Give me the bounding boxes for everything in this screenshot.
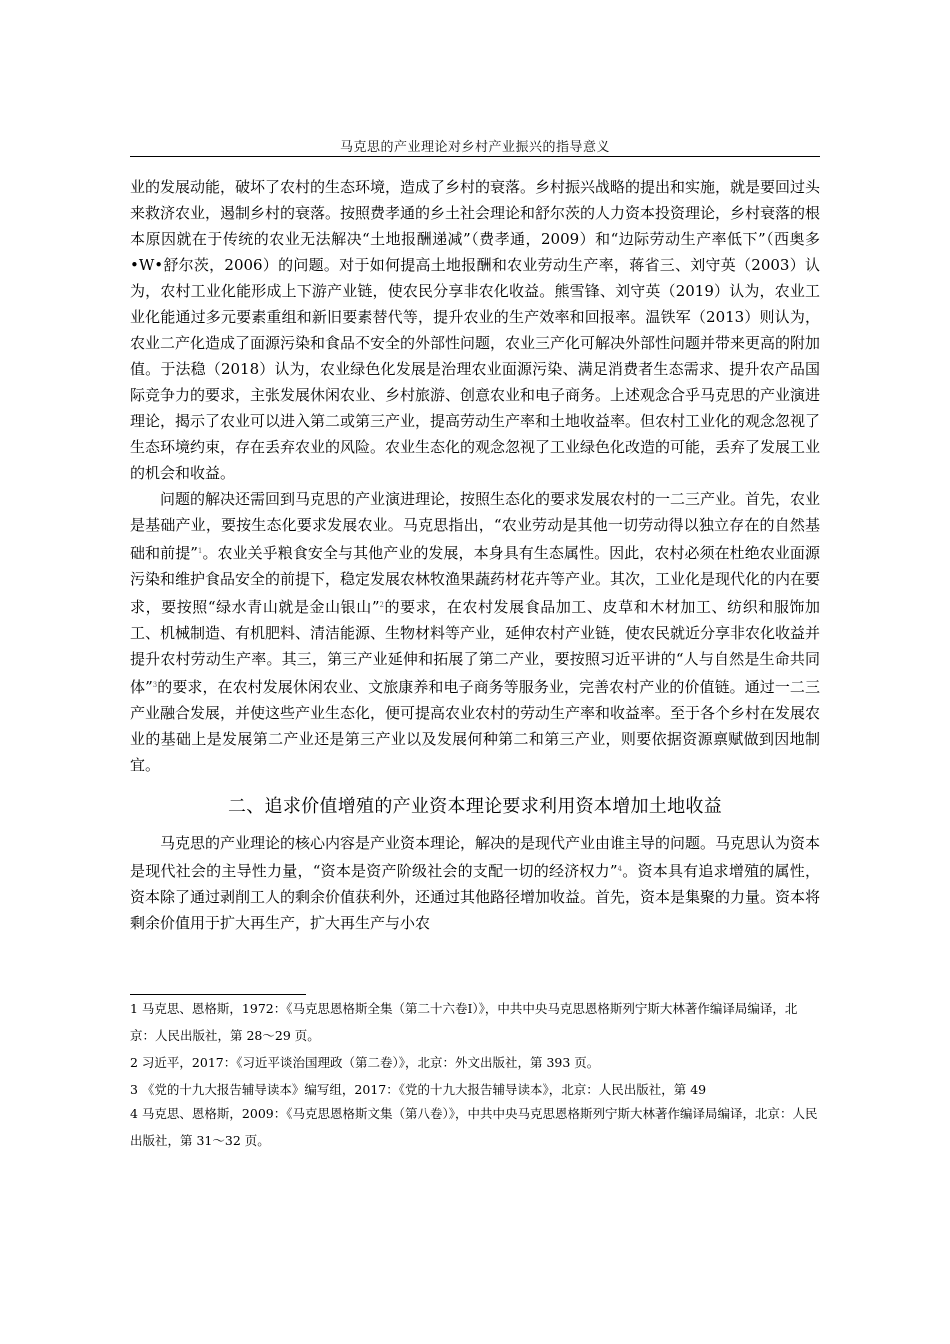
paragraph-2: 问题的解决还需回到马克思的产业演进理论，按照生态化的要求发展农村的一二三产业。首… xyxy=(130,486,820,778)
footnotes: 1 马克思、恩格斯，1972：《马克思恩格斯全集（第二十六卷Ⅰ）》，中共中央马克… xyxy=(130,994,820,1154)
footnote-2: 2 习近平，2017：《习近平谈治国理政（第二卷）》，北京：外文出版社，第 39… xyxy=(130,1049,820,1076)
footnote-4: 4 马克思、恩格斯，2009：《马克思恩格斯文集（第八卷）》，中共中央马克思恩格… xyxy=(130,1100,820,1154)
paragraph-2-text-d: 的要求，在农村发展休闲农业、文旅康养和电子商务等服务业，完善农村产业的价值链。通… xyxy=(130,678,820,774)
header-rule xyxy=(130,156,820,157)
section-heading: 二、追求价值增殖的产业资本理论要求利用资本增加土地收益 xyxy=(130,792,820,822)
paragraph-3: 马克思的产业理论的核心内容是产业资本理论，解决的是现代产业由谁主导的问题。马克思… xyxy=(130,830,820,936)
paragraph-1: 业的发展动能，破坏了农村的生态环境，造成了乡村的衰落。乡村振兴战略的提出和实施，… xyxy=(130,174,820,486)
running-header: 马克思的产业理论对乡村产业振兴的指导意义 xyxy=(130,136,820,155)
body-text: 业的发展动能，破坏了农村的生态环境，造成了乡村的衰落。乡村振兴战略的提出和实施，… xyxy=(130,174,820,936)
footnote-3: 3 《党的十九大报告辅导读本》编写组，2017：《党的十九大报告辅导读本》，北京… xyxy=(130,1080,820,1100)
footnote-1: 1 马克思、恩格斯，1972：《马克思恩格斯全集（第二十六卷Ⅰ）》，中共中央马克… xyxy=(130,995,820,1049)
